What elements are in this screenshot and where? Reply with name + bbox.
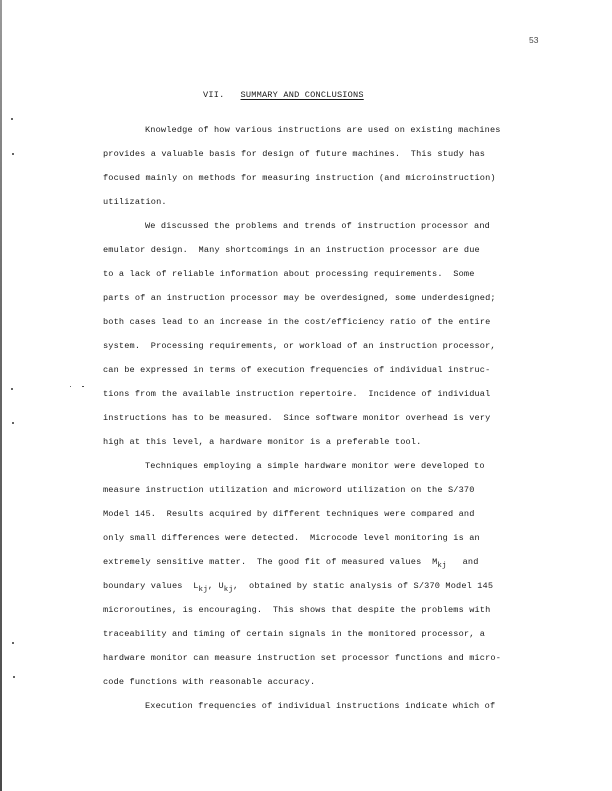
- margin-mark: [82, 386, 84, 387]
- text-line: instructions has to be measured. Since s…: [103, 412, 490, 424]
- margin-mark: [12, 153, 14, 155]
- margin-mark: [70, 386, 71, 387]
- text-line: Execution frequencies of individual inst…: [103, 700, 495, 712]
- text-line: hardware monitor can measure instruction…: [103, 652, 501, 664]
- math-symbol-l: Lkj: [193, 581, 208, 591]
- text-line: provides a valuable basis for design of …: [103, 148, 485, 160]
- section-numeral: VII.: [203, 90, 224, 100]
- text-line: high at this level, a hardware monitor i…: [103, 436, 421, 448]
- text-line: to a lack of reliable information about …: [103, 268, 475, 280]
- text-line: code functions with reasonable accuracy.: [103, 676, 315, 688]
- section-heading: VII. SUMMARY AND CONCLUSIONS: [203, 90, 364, 100]
- math-symbol-u: Ukj: [218, 581, 233, 591]
- text-line: emulator design. Many shortcomings in an…: [103, 244, 480, 256]
- text-line: utilization.: [103, 196, 167, 208]
- margin-mark: [12, 422, 14, 424]
- section-title: SUMMARY AND CONCLUSIONS: [241, 90, 364, 100]
- margin-mark: [11, 118, 13, 120]
- margin-mark: [13, 676, 15, 678]
- text-line: measure instruction utilization and micr…: [103, 484, 475, 496]
- text-fragment: obtained by static analysis of S/370 Mod…: [249, 581, 493, 591]
- text-line: Model 145. Results acquired by different…: [103, 508, 475, 520]
- text-fragment: extremely sensitive matter. The good fit…: [103, 557, 421, 567]
- text-line: traceability and timing of certain signa…: [103, 628, 485, 640]
- text-line: tions from the available instruction rep…: [103, 388, 490, 400]
- page-number: 53: [529, 35, 538, 45]
- text-fragment: boundary values: [103, 581, 183, 591]
- page-binding-edge: [0, 0, 2, 791]
- margin-mark: [11, 388, 13, 390]
- text-line: can be expressed in terms of execution f…: [103, 364, 490, 376]
- math-symbol-m: Mkj: [432, 557, 447, 567]
- text-line-with-math: extremely sensitive matter. The good fit…: [103, 556, 479, 568]
- text-line: only small differences were detected. Mi…: [103, 532, 480, 544]
- text-line: both cases lead to an increase in the co…: [103, 316, 490, 328]
- text-line: We discussed the problems and trends of …: [103, 220, 490, 232]
- text-line: microroutines, is encouraging. This show…: [103, 604, 490, 616]
- text-line: Techniques employing a simple hardware m…: [103, 460, 485, 472]
- text-line: system. Processing requirements, or work…: [103, 340, 496, 352]
- text-line: Knowledge of how various instructions ar…: [103, 124, 501, 136]
- text-line-with-math: boundary values Lkj, Ukj, obtained by st…: [103, 580, 493, 592]
- text-fragment: and: [463, 557, 479, 567]
- text-line: focused mainly on methods for measuring …: [103, 172, 496, 184]
- text-line: parts of an instruction processor may be…: [103, 292, 496, 304]
- margin-mark: [12, 642, 14, 644]
